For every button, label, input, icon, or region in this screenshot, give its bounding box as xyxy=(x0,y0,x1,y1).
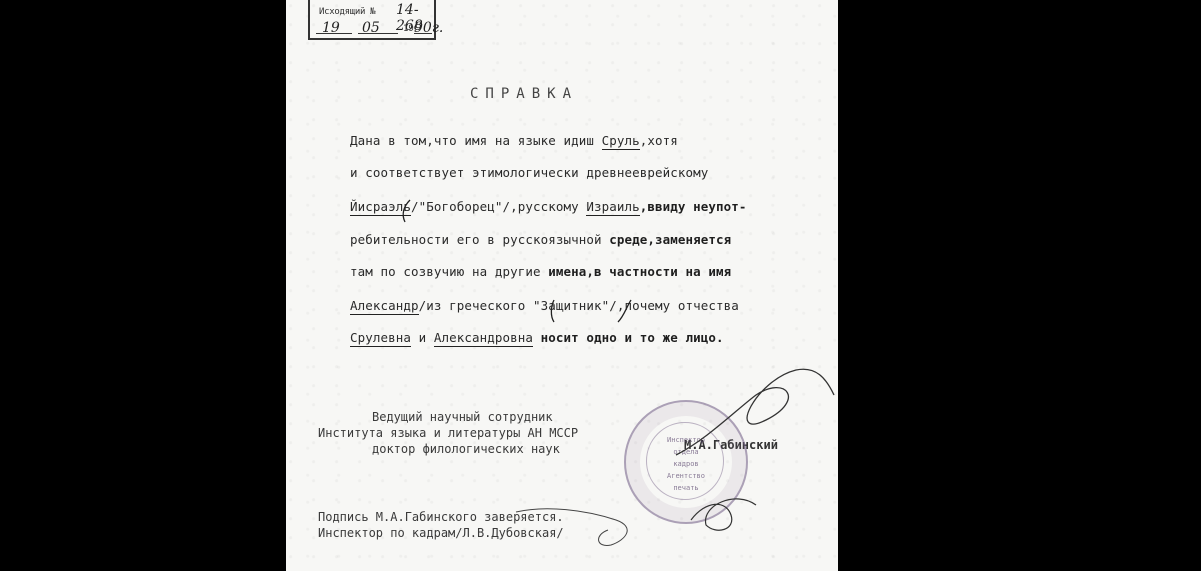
signer-institute: Института языка и литературы АН МССР xyxy=(318,426,578,440)
body-line: Александр/из греческого "Защитник"/,поче… xyxy=(350,298,739,313)
stamp-label: Исходящий № xyxy=(319,7,375,17)
body-line: там по созвучию на другие имена,в частно… xyxy=(350,264,731,279)
certification-line: Подпись М.А.Габинского заверяется. xyxy=(318,510,564,524)
body-text: и xyxy=(411,330,434,345)
body-line: и соответствует этимологически древнеевр… xyxy=(350,165,708,180)
body-line: Дана в том,что имя на языке идиш Сруль,х… xyxy=(350,133,678,148)
body-text: там по созвучию на другие xyxy=(350,264,548,279)
body-text: /из греческого "Защитник"/,почему отчест… xyxy=(419,298,739,313)
body-line: Йисраэль/"Богоборец"/,русскому Израиль,в… xyxy=(350,199,747,214)
body-text: ,ввиду неупот- xyxy=(640,199,747,214)
stamp-year-prefix: 19 xyxy=(403,24,414,34)
body-text: ,хотя xyxy=(640,133,678,148)
signer-degree: доктор филологических наук xyxy=(372,442,560,456)
document-title: СПРАВКА xyxy=(470,86,578,102)
body-text: и соответствует этимологически древнеевр… xyxy=(350,165,708,180)
body-text: имена,в частности на имя xyxy=(548,264,731,279)
underlined-name: Сруль xyxy=(602,133,640,150)
underlined-name: Йисраэль xyxy=(350,199,411,216)
underlined-name: Срулевна xyxy=(350,330,411,347)
signer-position: Ведущий научный сотрудник xyxy=(372,410,553,424)
document-page: Исходящий № 14-268 19 05 19 90г. СПРАВКА… xyxy=(286,0,838,571)
body-text: /"Богоборец"/,русскому xyxy=(411,199,586,214)
body-text: ребительности его в русскоязычной xyxy=(350,232,609,247)
hr-inspector-line: Инспектор по кадрам/Л.В.Дубовская/ xyxy=(318,526,564,540)
underlined-name: Александровна xyxy=(434,330,533,347)
underlined-name: Израиль xyxy=(586,199,639,216)
body-text: среде,заменяется xyxy=(609,232,731,247)
body-line: Срулевна и Александровна носит одно и то… xyxy=(350,330,724,345)
outgoing-number-stamp: Исходящий № 14-268 19 05 19 90г. xyxy=(308,0,436,40)
underlined-name: Александр xyxy=(350,298,419,315)
body-text: носит одно и то же лицо. xyxy=(533,330,724,345)
body-text: Дана в том,что имя на языке идиш xyxy=(350,133,602,148)
official-seal: Инспектор отдела кадров Агентство печать xyxy=(624,400,748,524)
body-line: ребительности его в русскоязычной среде,… xyxy=(350,232,731,247)
